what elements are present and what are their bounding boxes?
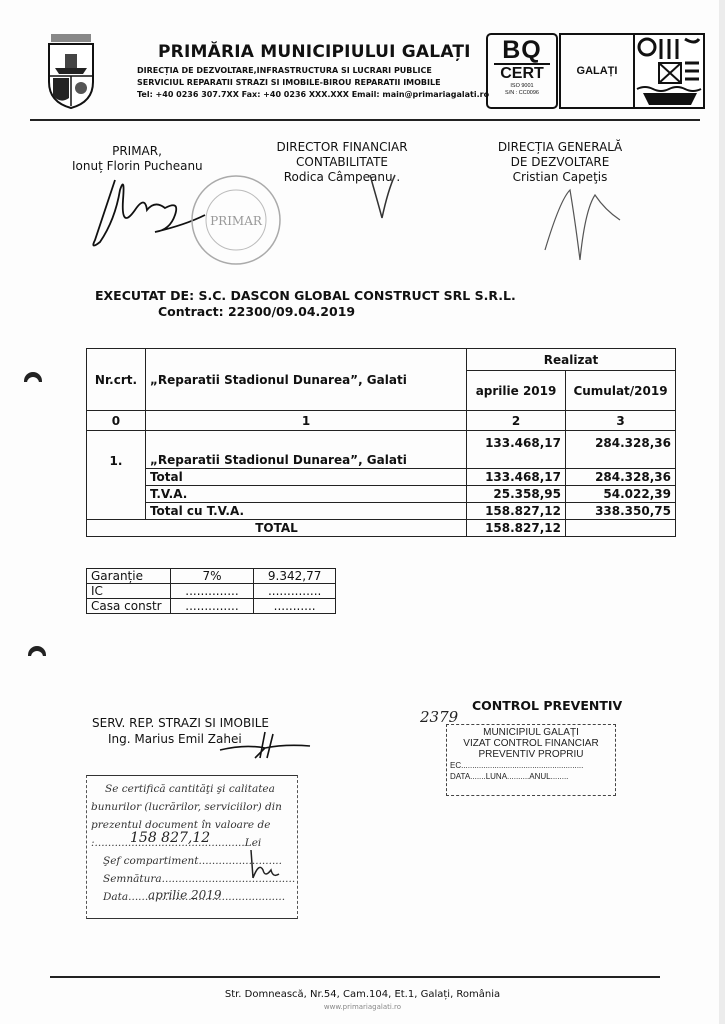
casa-value: ........... [254, 599, 336, 614]
galati-city-logo: GALAȚI [559, 33, 705, 109]
stamp-date-line: DATA.......LUNA..........ANUL........ [447, 772, 615, 782]
official-seal-icon: PRIMAR [186, 170, 286, 270]
total-with-vat-label: Total cu T.V.A. [145, 503, 466, 520]
service-line: SERVICIUL REPARATII STRAZI SI IMOBILE-BI… [137, 78, 441, 87]
total-month: 133.468,17 [467, 469, 566, 486]
item-month-value: 133.468,17 [467, 431, 566, 469]
table-row: Total cu T.V.A. 158.827,12 338.350,75 [87, 503, 676, 520]
table-row: Garanție 7% 9.342,77 [87, 569, 336, 584]
ic-rate: .............. [170, 584, 254, 599]
contact-line: Tel: +40 0236 307.7XX Fax: +40 0236 XXX.… [137, 90, 489, 99]
table-row: Total 133.468,17 284.328,36 [87, 469, 676, 486]
stamp-line: MUNICIPIUL GALAȚI [447, 727, 615, 738]
bq-text: BQ [488, 37, 556, 63]
grand-total-label: TOTAL [87, 520, 467, 537]
header-realizat: Realizat [467, 349, 676, 371]
contract-number: Contract: 22300/09.04.2019 [158, 304, 355, 319]
directorate-line: DIRECȚIA DE DEZVOLTARE,INFRASTRUCTURA SI… [137, 66, 432, 75]
dev-director-signature-icon [540, 180, 630, 270]
handwritten-amount: 158 827,12 [130, 830, 210, 846]
vat-label: T.V.A. [145, 486, 466, 503]
service-dept: SERV. REP. STRAZI SI IMOBILE [92, 716, 269, 730]
punch-hole [24, 372, 42, 382]
institution-title: PRIMĂRIA MUNICIPIULUI GALAȚI [158, 42, 471, 62]
footer-address: Str. Domnească, Nr.54, Cam.104, Et.1, Ga… [0, 989, 725, 1000]
total-with-vat-month: 158.827,12 [467, 503, 566, 520]
footer-website: www.primariagalati.ro [0, 1003, 725, 1011]
seal-text: PRIMAR [210, 214, 263, 228]
chief-signature-icon [245, 848, 281, 882]
guarantee-value: 9.342,77 [254, 569, 336, 584]
grand-total-month: 158.827,12 [467, 520, 566, 537]
ic-label: IC [87, 584, 171, 599]
handwritten-date: aprilie 2019 [148, 888, 222, 902]
guarantee-rate: 7% [170, 569, 254, 584]
executed-by: EXECUTAT DE: S.C. DASCON GLOBAL CONSTRUC… [95, 288, 516, 303]
stamp-line: PREVENTIV PROPRIU [447, 749, 615, 760]
index-row: 0 1 2 3 [87, 411, 676, 431]
casa-label: Casa constr [87, 599, 171, 614]
vat-month: 25.358,95 [467, 486, 566, 503]
vat-cumulative: 54.022,39 [566, 486, 676, 503]
table-row: 1. „Reparatii Stadionul Dunarea”, Galati… [87, 431, 676, 469]
city-logo-label: GALAȚI [561, 35, 635, 107]
footer-divider [50, 976, 660, 978]
casa-rate: .............. [170, 599, 254, 614]
header-divider [30, 119, 700, 121]
table-row: Casa constr .............. ........... [87, 599, 336, 614]
total-label: Total [145, 469, 466, 486]
header-cumulative: Cumulat/2019 [566, 371, 676, 411]
item-nr: 1. [87, 431, 146, 520]
total-with-vat-cumulative: 338.350,75 [566, 503, 676, 520]
signatory-role: DIRECȚIA GENERALĂ [480, 140, 640, 155]
signatory-role: DIRECTOR FINANCIAR [262, 140, 422, 155]
signatory-role: PRIMAR, [72, 144, 202, 159]
control-title: CONTROL PREVENTIV [472, 698, 622, 713]
stamp-ec-line: EC......................................… [447, 760, 615, 772]
works-table: Nr.crt. „Reparatii Stadionul Dunarea”, G… [86, 348, 676, 537]
guarantee-label: Garanție [87, 569, 171, 584]
cert-text: CERT [488, 65, 556, 83]
coat-of-arms-icon [45, 32, 97, 110]
item-name: „Reparatii Stadionul Dunarea”, Galati [145, 431, 466, 469]
table-row: IC .............. .............. [87, 584, 336, 599]
ic-value: .............. [254, 584, 336, 599]
index-cell: 3 [566, 411, 676, 431]
index-cell: 1 [145, 411, 466, 431]
signatory-title: DE DEZVOLTARE [480, 155, 640, 170]
total-cumulative: 284.328,36 [566, 469, 676, 486]
iso-text: ISO 9001 [488, 83, 556, 90]
engineer-signature-icon [215, 730, 315, 760]
table-row: T.V.A. 25.358,95 54.022,39 [87, 486, 676, 503]
guarantee-table: Garanție 7% 9.342,77 IC .............. .… [86, 568, 336, 614]
bq-cert-logo: BQ CERT ISO 9001 S/N : CC0096 [486, 33, 558, 109]
header-month: aprilie 2019 [467, 371, 566, 411]
scan-edge [719, 0, 725, 1024]
control-stamp: MUNICIPIUL GALAȚI VIZAT CONTROL FINANCIA… [446, 724, 616, 796]
signatory-title: CONTABILITATE [262, 155, 422, 170]
grand-total-cumulative [566, 520, 676, 537]
index-cell: 0 [87, 411, 146, 431]
cert-line: Se certifică cantităţi şi calitatea [87, 780, 297, 798]
index-cell: 2 [467, 411, 566, 431]
sn-text: S/N : CC0096 [488, 90, 556, 97]
header-nr: Nr.crt. [87, 349, 146, 411]
punch-hole [28, 646, 46, 656]
financial-director-signature-icon [360, 170, 400, 220]
header-object: „Reparatii Stadionul Dunarea”, Galati [145, 349, 466, 411]
city-emblem-icon [635, 35, 703, 107]
item-cumulative-value: 284.328,36 [566, 431, 676, 469]
cert-line: bunurilor (lucrărilor, serviciilor) din [87, 798, 297, 816]
signatory-dev-director: DIRECȚIA GENERALĂ DE DEZVOLTARE Cristian… [480, 140, 640, 185]
stamp-line: VIZAT CONTROL FINANCIAR [447, 738, 615, 749]
grand-total-row: TOTAL 158.827,12 [87, 520, 676, 537]
